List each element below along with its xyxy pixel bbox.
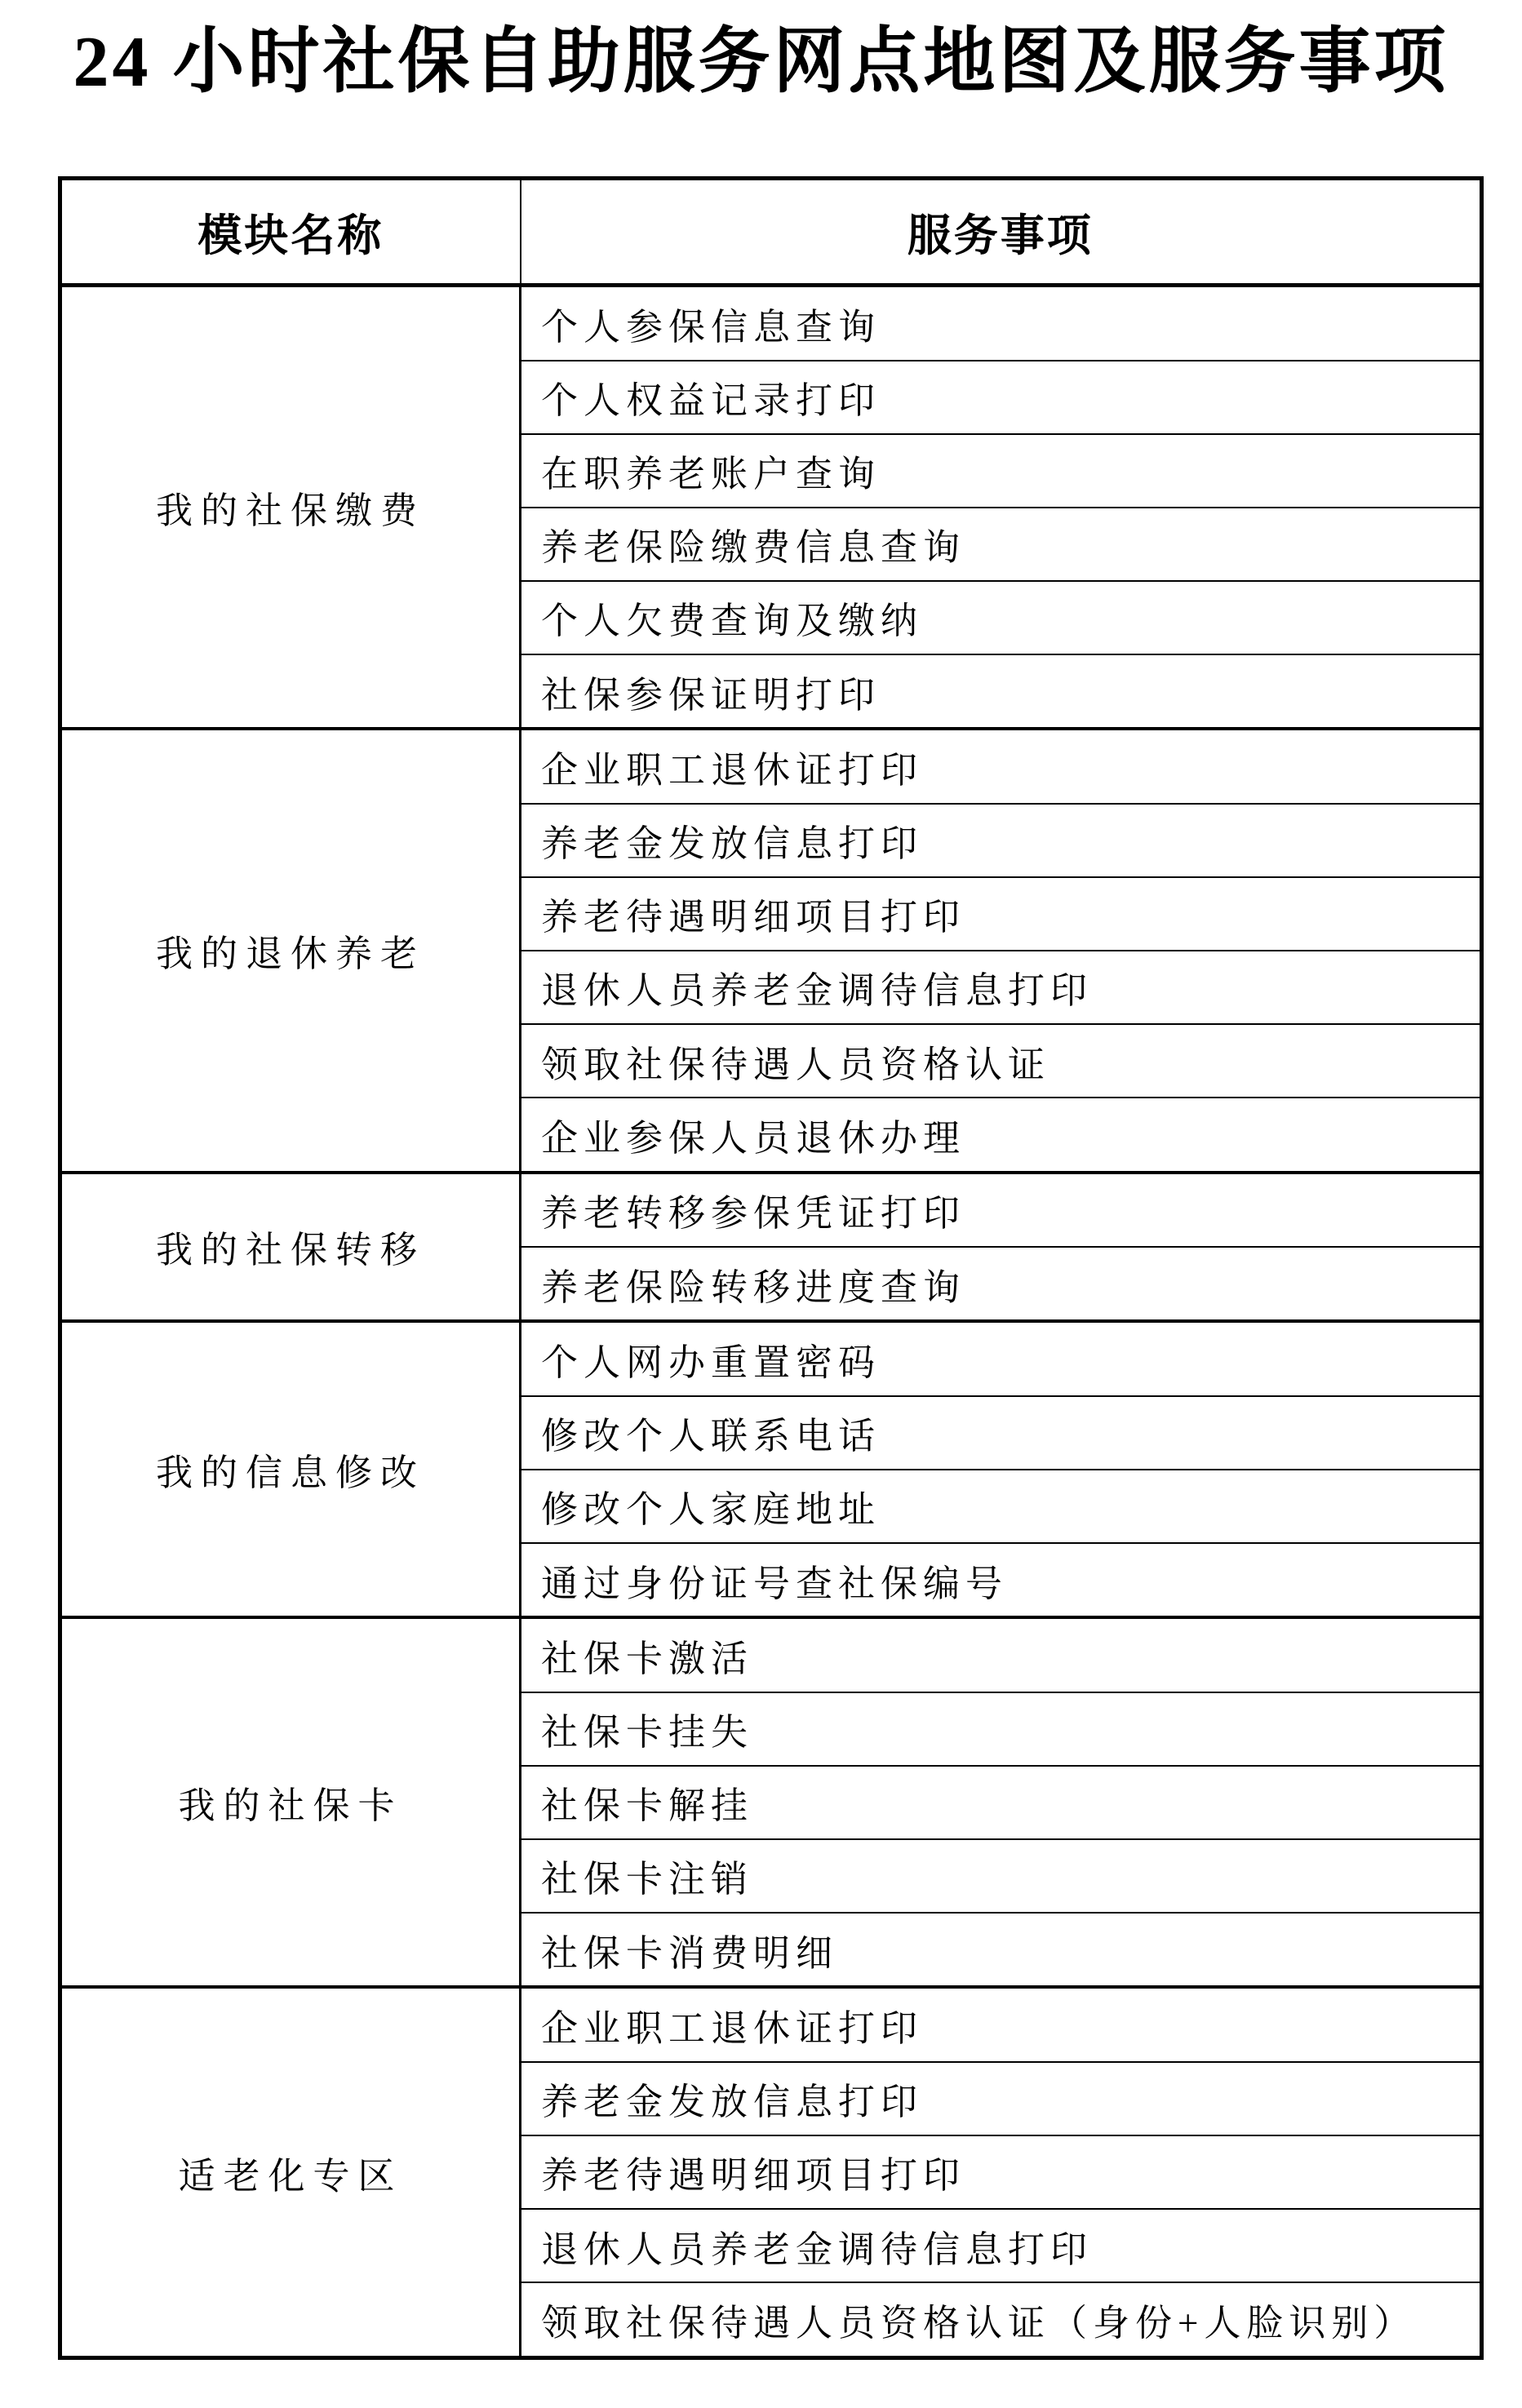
module-name-cell: 我的退休养老 xyxy=(60,729,521,1172)
service-item-cell: 养老金发放信息打印 xyxy=(521,2062,1482,2135)
service-item-cell: 修改个人联系电话 xyxy=(521,1396,1482,1470)
service-item-cell: 社保卡解挂 xyxy=(521,1766,1482,1839)
service-item-cell: 退休人员养老金调待信息打印 xyxy=(521,2209,1482,2282)
table-row: 我的社保转移养老转移参保凭证打印 xyxy=(60,1173,1482,1247)
service-item-cell: 通过身份证号查社保编号 xyxy=(521,1543,1482,1617)
service-item-cell: 养老待遇明细项目打印 xyxy=(521,877,1482,951)
module-name-cell: 我的社保缴费 xyxy=(60,286,521,729)
service-item-cell: 企业职工退休证打印 xyxy=(521,1987,1482,2061)
table-body: 我的社保缴费个人参保信息查询个人权益记录打印在职养老账户查询养老保险缴费信息查询… xyxy=(60,286,1482,2358)
service-item-cell: 养老金发放信息打印 xyxy=(521,804,1482,877)
page-title: 24 小时社保自助服务网点地图及服务事项 xyxy=(0,0,1522,108)
module-name-cell: 我的社保卡 xyxy=(60,1617,521,1987)
service-item-cell: 在职养老账户查询 xyxy=(521,434,1482,508)
service-item-cell: 养老保险转移进度查询 xyxy=(521,1247,1482,1321)
service-item-cell: 个人欠费查询及缴纳 xyxy=(521,581,1482,654)
service-item-cell: 个人权益记录打印 xyxy=(521,361,1482,434)
module-name-cell: 适老化专区 xyxy=(60,1987,521,2357)
service-item-cell: 退休人员养老金调待信息打印 xyxy=(521,951,1482,1024)
service-item-cell: 个人参保信息查询 xyxy=(521,286,1482,361)
table-row: 我的信息修改个人网办重置密码 xyxy=(60,1321,1482,1395)
header-service-items: 服务事项 xyxy=(521,179,1482,286)
service-item-cell: 领取社保待遇人员资格认证（身份+人脸识别） xyxy=(521,2282,1482,2357)
table-row: 我的退休养老企业职工退休证打印 xyxy=(60,729,1482,803)
service-item-cell: 养老转移参保凭证打印 xyxy=(521,1173,1482,1247)
table-row: 我的社保卡社保卡激活 xyxy=(60,1617,1482,1692)
service-item-cell: 社保卡消费明细 xyxy=(521,1913,1482,1987)
service-item-cell: 社保卡注销 xyxy=(521,1839,1482,1913)
table-header-row: 模块名称 服务事项 xyxy=(60,179,1482,286)
service-item-cell: 个人网办重置密码 xyxy=(521,1321,1482,1395)
header-module-name: 模块名称 xyxy=(60,179,521,286)
module-name-cell: 我的信息修改 xyxy=(60,1321,521,1617)
service-table: 模块名称 服务事项 我的社保缴费个人参保信息查询个人权益记录打印在职养老账户查询… xyxy=(58,176,1484,2360)
module-name-cell: 我的社保转移 xyxy=(60,1173,521,1322)
service-item-cell: 养老保险缴费信息查询 xyxy=(521,508,1482,581)
table-row: 适老化专区企业职工退休证打印 xyxy=(60,1987,1482,2061)
service-item-cell: 社保卡挂失 xyxy=(521,1692,1482,1766)
document-page: 24 小时社保自助服务网点地图及服务事项 模块名称 服务事项 我的社保缴费个人参… xyxy=(0,0,1522,2408)
service-item-cell: 养老待遇明细项目打印 xyxy=(521,2135,1482,2209)
table-row: 我的社保缴费个人参保信息查询 xyxy=(60,286,1482,361)
service-item-cell: 社保参保证明打印 xyxy=(521,654,1482,729)
service-item-cell: 领取社保待遇人员资格认证 xyxy=(521,1024,1482,1098)
service-item-cell: 企业参保人员退休办理 xyxy=(521,1098,1482,1172)
service-item-cell: 修改个人家庭地址 xyxy=(521,1470,1482,1543)
service-item-cell: 社保卡激活 xyxy=(521,1617,1482,1692)
service-item-cell: 企业职工退休证打印 xyxy=(521,729,1482,803)
